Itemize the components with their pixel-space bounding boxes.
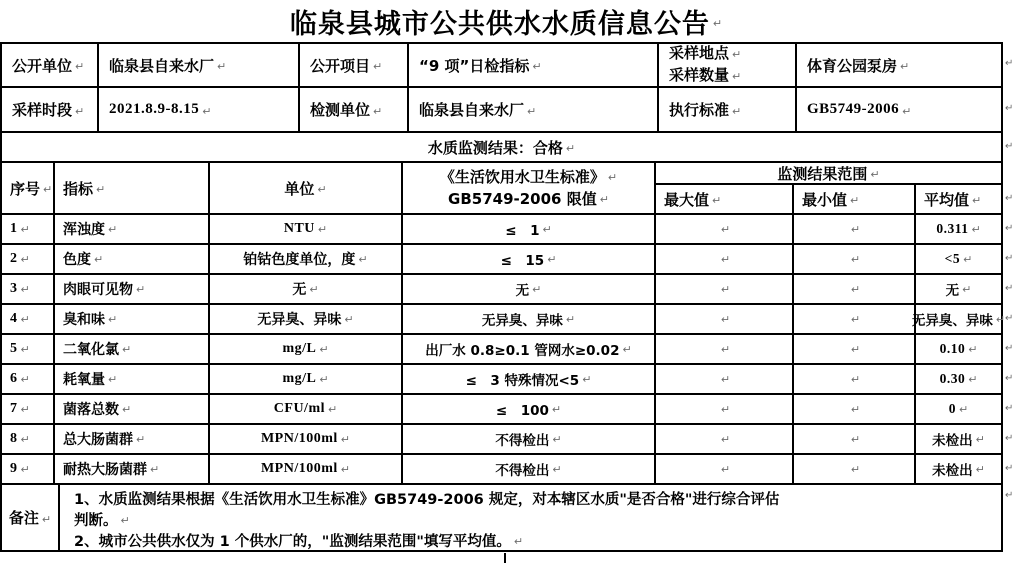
paragraph-mark-icon bbox=[105, 221, 117, 237]
row-end-mark-icon bbox=[1005, 253, 1012, 264]
paragraph-mark-icon bbox=[847, 190, 859, 208]
cell-max[interactable] bbox=[656, 275, 794, 303]
cell-seq[interactable]: 3 bbox=[2, 275, 55, 303]
paragraph-mark-icon bbox=[524, 101, 536, 119]
value-text: GB5749-2006 bbox=[807, 101, 899, 118]
banner-text: 水质监测结果：合格 bbox=[428, 137, 563, 158]
paragraph-mark-icon bbox=[718, 281, 730, 297]
cell-max[interactable] bbox=[656, 335, 794, 363]
row-end-mark-icon bbox=[1005, 58, 1012, 69]
cell-seq[interactable]: 2 bbox=[2, 245, 55, 273]
cell-limit[interactable]: 无异臭、异味 bbox=[403, 305, 656, 333]
paragraph-mark-icon bbox=[848, 371, 860, 387]
paragraph-mark-icon bbox=[563, 138, 575, 156]
row-end-mark-icon bbox=[1005, 223, 1012, 234]
cell-min[interactable] bbox=[794, 275, 916, 303]
header-seq[interactable]: 序号 bbox=[2, 163, 55, 215]
cell-seq[interactable]: 5 bbox=[2, 335, 55, 363]
cell-limit[interactable]: 不得检出 bbox=[403, 455, 656, 483]
cell-indicator[interactable]: 色度 bbox=[55, 245, 210, 273]
paragraph-mark-icon bbox=[18, 311, 30, 327]
value-executive-standard[interactable]: GB5749-2006 bbox=[797, 88, 1001, 131]
header-text: 最小值 bbox=[802, 189, 847, 210]
paragraph-mark-icon bbox=[960, 251, 972, 267]
label-testing-unit[interactable]: 检测单位 bbox=[300, 88, 409, 131]
avg-text: <5 bbox=[945, 251, 960, 267]
indicator-text: 耗氧量 bbox=[63, 369, 105, 389]
cell-indicator[interactable]: 肉眼可见物 bbox=[55, 275, 210, 303]
indicator-text: 色度 bbox=[63, 249, 91, 269]
header-min[interactable]: 最小值 bbox=[794, 185, 916, 215]
label-text: 公开项目 bbox=[310, 55, 370, 76]
cell-limit[interactable]: ≤ 15 bbox=[403, 245, 656, 273]
paragraph-mark-icon bbox=[40, 179, 52, 197]
cell-seq[interactable]: 9 bbox=[2, 455, 55, 483]
paragraph-mark-icon bbox=[338, 431, 350, 447]
paragraph-mark-icon bbox=[718, 221, 730, 237]
paragraph-mark-icon bbox=[511, 531, 523, 552]
unit-text: MPN/100ml bbox=[261, 461, 338, 477]
paragraph-mark-icon bbox=[848, 341, 860, 357]
paragraph-mark-icon bbox=[965, 371, 977, 387]
seq-text: 5 bbox=[10, 341, 18, 357]
label-text: 采样地点 bbox=[669, 44, 729, 62]
header-text: 监测结果范围 bbox=[777, 163, 867, 184]
table-row[interactable]: 2 色度 铂钴色度单位，度 ≤ 15 <5 bbox=[2, 245, 1001, 275]
paragraph-mark-icon bbox=[973, 461, 985, 477]
row-end-mark-icon bbox=[1005, 343, 1012, 354]
header-avg[interactable]: 平均值 bbox=[916, 185, 1001, 215]
row-end-mark-icon bbox=[1005, 403, 1012, 414]
paragraph-mark-icon bbox=[370, 56, 382, 74]
paragraph-mark-icon bbox=[93, 179, 105, 197]
water-quality-table: 公开单位 临泉县自来水厂 公开项目 “9 项”日检指标 采样地点 采样数量 体育… bbox=[0, 42, 1003, 552]
cell-unit[interactable]: MPN/100ml bbox=[210, 425, 403, 453]
table-header: 序号 指标 单位 《生活饮用水卫生标准》 GB5749-2006 限值 监测结果… bbox=[2, 163, 1001, 215]
row-end-mark-icon bbox=[1005, 283, 1012, 294]
cell-max[interactable] bbox=[656, 455, 794, 483]
paragraph-mark-icon bbox=[973, 431, 985, 447]
paragraph-mark-icon bbox=[969, 190, 981, 208]
seq-text: 2 bbox=[10, 251, 18, 267]
indicator-text: 二氧化氯 bbox=[63, 339, 119, 359]
cell-indicator[interactable]: 耐热大肠菌群 bbox=[55, 455, 210, 483]
header-text: 平均值 bbox=[924, 189, 969, 210]
cell-min[interactable] bbox=[794, 455, 916, 483]
cell-min[interactable] bbox=[794, 365, 916, 393]
header-max[interactable]: 最大值 bbox=[656, 185, 794, 215]
cell-unit[interactable]: 无异臭、异味 bbox=[210, 305, 403, 333]
indicator-text: 总大肠菌群 bbox=[63, 429, 133, 449]
row-end-mark-icon bbox=[1005, 103, 1012, 114]
cell-unit[interactable]: 铂钴色度单位，度 bbox=[210, 245, 403, 273]
paragraph-mark-icon bbox=[718, 341, 730, 357]
cell-limit[interactable]: 出厂水 0.8≥0.1 管网水≥0.02 bbox=[403, 335, 656, 363]
row-end-mark-icon bbox=[1005, 490, 1012, 501]
seq-text: 1 bbox=[10, 221, 18, 237]
cell-min[interactable] bbox=[794, 335, 916, 363]
header-text: 指标 bbox=[63, 178, 93, 199]
unit-text: NTU bbox=[284, 221, 315, 237]
cell-indicator[interactable]: 二氧化氯 bbox=[55, 335, 210, 363]
row-end-mark-icon bbox=[1005, 433, 1012, 444]
limit-text: ≤ 100 bbox=[496, 399, 549, 419]
paragraph-mark-icon bbox=[563, 311, 575, 327]
paragraph-mark-icon bbox=[848, 281, 860, 297]
avg-text: 未检出 bbox=[932, 429, 973, 449]
seq-text: 9 bbox=[10, 461, 18, 477]
info-row-1: 公开单位 临泉县自来水厂 公开项目 “9 项”日检指标 采样地点 采样数量 体育… bbox=[2, 44, 1001, 88]
header-text: 单位 bbox=[284, 178, 314, 199]
paragraph-mark-icon bbox=[710, 12, 722, 31]
paragraph-mark-icon bbox=[544, 251, 556, 267]
paragraph-mark-icon bbox=[91, 251, 103, 267]
seq-text: 6 bbox=[10, 371, 18, 387]
paragraph-mark-icon bbox=[306, 281, 318, 297]
paragraph-mark-icon bbox=[579, 371, 591, 387]
label-executive-standard[interactable]: 执行标准 bbox=[659, 88, 797, 131]
cell-unit[interactable]: mg/L bbox=[210, 365, 403, 393]
value-sampling-period[interactable]: 2021.8.9-8.15 bbox=[99, 88, 300, 131]
header-text: 序号 bbox=[10, 178, 40, 199]
cell-limit[interactable]: 不得检出 bbox=[403, 425, 656, 453]
paragraph-mark-icon bbox=[848, 461, 860, 477]
avg-text: 0.30 bbox=[940, 371, 966, 387]
cell-limit[interactable]: 无 bbox=[403, 275, 656, 303]
text-cursor[interactable] bbox=[504, 553, 506, 563]
paragraph-mark-icon bbox=[956, 401, 968, 417]
paragraph-mark-icon bbox=[718, 251, 730, 267]
paragraph-mark-icon bbox=[897, 56, 909, 74]
label-text: 采样数量 bbox=[669, 66, 729, 84]
cell-avg[interactable]: 0.10 bbox=[916, 335, 1001, 363]
cell-indicator[interactable]: 耗氧量 bbox=[55, 365, 210, 393]
seq-text: 7 bbox=[10, 401, 18, 417]
cell-max[interactable] bbox=[656, 215, 794, 243]
paragraph-mark-icon bbox=[39, 509, 51, 527]
indicator-text: 臭和味 bbox=[63, 309, 105, 329]
paragraph-mark-icon bbox=[605, 166, 617, 188]
unit-text: mg/L bbox=[282, 341, 316, 357]
paragraph-mark-icon bbox=[18, 281, 30, 297]
cell-max[interactable] bbox=[656, 365, 794, 393]
paragraph-mark-icon bbox=[72, 56, 84, 74]
cell-min[interactable] bbox=[794, 425, 916, 453]
paragraph-mark-icon bbox=[848, 221, 860, 237]
cell-unit[interactable]: CFU/ml bbox=[210, 395, 403, 423]
cell-max[interactable] bbox=[656, 425, 794, 453]
value-public-project[interactable]: “9 项”日检指标 bbox=[409, 44, 659, 86]
unit-text: CFU/ml bbox=[274, 401, 325, 417]
header-result-range-group[interactable]: 监测结果范围 bbox=[656, 163, 1001, 185]
paragraph-mark-icon bbox=[18, 371, 30, 387]
paragraph-mark-icon bbox=[315, 221, 327, 237]
paragraph-mark-icon bbox=[105, 311, 117, 327]
cell-avg[interactable]: 0 bbox=[916, 395, 1001, 423]
limit-text: 无异臭、异味 bbox=[482, 309, 563, 329]
paragraph-mark-icon bbox=[709, 190, 721, 208]
paragraph-mark-icon bbox=[370, 101, 382, 119]
cell-seq[interactable]: 8 bbox=[2, 425, 55, 453]
value-testing-unit[interactable]: 临泉县自来水厂 bbox=[409, 88, 659, 131]
value-sampling-site[interactable]: 体育公园泵房 bbox=[797, 44, 1001, 86]
info-row-2: 采样时段 2021.8.9-8.15 检测单位 临泉县自来水厂 执行标准 GB5… bbox=[2, 88, 1001, 133]
remark-line: 判断。 bbox=[74, 511, 118, 531]
table-row[interactable]: 4 臭和味 无异臭、异味 无异臭、异味 无异臭、异味 bbox=[2, 305, 1001, 335]
paragraph-mark-icon bbox=[959, 281, 971, 297]
paragraph-mark-icon bbox=[18, 431, 30, 447]
remarks-row: 备注 1、水质监测结果根据《生活饮用水卫生标准》GB5749-2006 规定，对… bbox=[2, 485, 1001, 550]
cell-seq[interactable]: 1 bbox=[2, 215, 55, 243]
paragraph-mark-icon bbox=[316, 341, 328, 357]
remarks-label: 备注 bbox=[9, 507, 39, 528]
paragraph-mark-icon bbox=[729, 44, 741, 62]
cell-min[interactable] bbox=[794, 395, 916, 423]
paragraph-mark-icon bbox=[867, 164, 879, 182]
indicator-text: 浑浊度 bbox=[63, 219, 105, 239]
seq-text: 4 bbox=[10, 311, 18, 327]
limit-text: 不得检出 bbox=[495, 429, 549, 449]
paragraph-mark-icon bbox=[529, 281, 541, 297]
row-end-mark-icon bbox=[1005, 373, 1012, 384]
cell-unit[interactable]: MPN/100ml bbox=[210, 455, 403, 483]
paragraph-mark-icon bbox=[338, 461, 350, 477]
label-public-project[interactable]: 公开项目 bbox=[300, 44, 409, 86]
paragraph-mark-icon bbox=[848, 251, 860, 267]
cell-avg[interactable]: 0.30 bbox=[916, 365, 1001, 393]
cell-max[interactable] bbox=[656, 245, 794, 273]
value-text: 2021.8.9-8.15 bbox=[109, 101, 199, 118]
indicator-text: 肉眼可见物 bbox=[63, 279, 133, 299]
paragraph-mark-icon bbox=[965, 341, 977, 357]
cell-min[interactable] bbox=[794, 245, 916, 273]
limit-text: ≤ 15 bbox=[501, 249, 545, 269]
unit-text: mg/L bbox=[282, 371, 316, 387]
paragraph-mark-icon bbox=[341, 311, 353, 327]
header-text: 《生活饮用水卫生标准》 bbox=[440, 167, 605, 188]
cell-max[interactable] bbox=[656, 305, 794, 333]
paragraph-mark-icon bbox=[729, 66, 741, 84]
value-text: 临泉县自来水厂 bbox=[419, 99, 524, 120]
limit-text: ≤ 3 特殊情况<5 bbox=[466, 369, 580, 389]
paragraph-mark-icon bbox=[718, 431, 730, 447]
header-unit[interactable]: 单位 bbox=[210, 163, 403, 215]
cell-indicator[interactable]: 菌落总数 bbox=[55, 395, 210, 423]
paragraph-mark-icon bbox=[325, 401, 337, 417]
cell-seq[interactable]: 7 bbox=[2, 395, 55, 423]
paragraph-mark-icon bbox=[549, 431, 561, 447]
avg-text: 未检出 bbox=[932, 459, 973, 479]
label-text: 公开单位 bbox=[12, 55, 72, 76]
cell-indicator[interactable]: 浑浊度 bbox=[55, 215, 210, 243]
avg-text: 0.10 bbox=[940, 341, 966, 357]
paragraph-mark-icon bbox=[18, 461, 30, 477]
paragraph-mark-icon bbox=[529, 56, 541, 74]
paragraph-mark-icon bbox=[147, 461, 159, 477]
unit-text: MPN/100ml bbox=[261, 431, 338, 447]
cell-indicator[interactable]: 总大肠菌群 bbox=[55, 425, 210, 453]
avg-text: 无 bbox=[946, 279, 960, 299]
paragraph-mark-icon bbox=[199, 101, 211, 119]
paragraph-mark-icon bbox=[316, 371, 328, 387]
cell-min[interactable] bbox=[794, 215, 916, 243]
cell-unit[interactable]: 无 bbox=[210, 275, 403, 303]
label-text: 执行标准 bbox=[669, 99, 729, 120]
table-row[interactable]: 1 浑浊度 NTU ≤ 1 0.311 bbox=[2, 215, 1001, 245]
avg-text: 无异臭、异味 bbox=[912, 309, 993, 329]
document-page: 临泉县城市公共供水水质信息公告 公开单位 临泉县自来水厂 公开项目 “9 项”日… bbox=[0, 0, 1012, 563]
value-text: 临泉县自来水厂 bbox=[109, 55, 214, 76]
paragraph-mark-icon bbox=[118, 510, 130, 531]
limit-text: 无 bbox=[516, 279, 530, 299]
table-row[interactable]: 3 肉眼可见物 无 无 无 bbox=[2, 275, 1001, 305]
paragraph-mark-icon bbox=[848, 431, 860, 447]
paragraph-mark-icon bbox=[18, 221, 30, 237]
label-text: 采样时段 bbox=[12, 99, 72, 120]
limit-text: 出厂水 0.8≥0.1 管网水≥0.02 bbox=[425, 339, 619, 359]
paragraph-mark-icon bbox=[718, 371, 730, 387]
cell-seq[interactable]: 4 bbox=[2, 305, 55, 333]
unit-text: 铂钴色度单位，度 bbox=[243, 249, 355, 269]
paragraph-mark-icon bbox=[355, 251, 367, 267]
paragraph-mark-icon bbox=[549, 461, 561, 477]
cell-limit[interactable]: ≤ 1 bbox=[403, 215, 656, 243]
table-row[interactable]: 7 菌落总数 CFU/ml ≤ 100 0 bbox=[2, 395, 1001, 425]
title-row: 临泉县城市公共供水水质信息公告 bbox=[0, 0, 1012, 42]
cell-avg[interactable]: 无 bbox=[916, 275, 1001, 303]
cell-avg[interactable]: 未检出 bbox=[916, 455, 1001, 483]
paragraph-mark-icon bbox=[993, 311, 1005, 327]
paragraph-mark-icon bbox=[133, 281, 145, 297]
paragraph-mark-icon bbox=[18, 401, 30, 417]
cell-avg[interactable]: 未检出 bbox=[916, 425, 1001, 453]
limit-text: ≤ 1 bbox=[505, 219, 539, 239]
paragraph-mark-icon bbox=[133, 431, 145, 447]
page-title: 临泉县城市公共供水水质信息公告 bbox=[290, 2, 710, 41]
unit-text: 无 bbox=[292, 279, 306, 299]
paragraph-mark-icon bbox=[729, 101, 741, 119]
label-text: 检测单位 bbox=[310, 99, 370, 120]
paragraph-mark-icon bbox=[18, 341, 30, 357]
indicator-text: 菌落总数 bbox=[63, 399, 119, 419]
value-public-unit[interactable]: 临泉县自来水厂 bbox=[99, 44, 300, 86]
cell-limit[interactable]: ≤ 3 特殊情况<5 bbox=[403, 365, 656, 393]
cell-seq[interactable]: 6 bbox=[2, 365, 55, 393]
paragraph-mark-icon bbox=[848, 311, 860, 327]
cell-limit[interactable]: ≤ 100 bbox=[403, 395, 656, 423]
seq-text: 3 bbox=[10, 281, 18, 297]
table-row[interactable]: 5 二氧化氯 mg/L 出厂水 0.8≥0.1 管网水≥0.02 0.10 bbox=[2, 335, 1001, 365]
paragraph-mark-icon bbox=[18, 251, 30, 267]
paragraph-mark-icon bbox=[119, 401, 131, 417]
paragraph-mark-icon bbox=[848, 401, 860, 417]
paragraph-mark-icon bbox=[214, 56, 226, 74]
paragraph-mark-icon bbox=[619, 341, 631, 357]
avg-text: 0 bbox=[949, 401, 956, 417]
remark-line: 1、水质监测结果根据《生活饮用水卫生标准》GB5749-2006 规定，对本辖区… bbox=[74, 490, 779, 510]
label-sampling-period[interactable]: 采样时段 bbox=[2, 88, 99, 131]
paragraph-mark-icon bbox=[718, 401, 730, 417]
paragraph-mark-icon bbox=[72, 101, 84, 119]
cell-unit[interactable]: NTU bbox=[210, 215, 403, 243]
table-body: 1 浑浊度 NTU ≤ 1 0.311 2 色度 铂钴色度单位，度 bbox=[2, 215, 1001, 485]
header-limit[interactable]: 《生活饮用水卫生标准》 GB5749-2006 限值 bbox=[403, 163, 656, 215]
table-row[interactable]: 6 耗氧量 mg/L ≤ 3 特殊情况<5 0.30 bbox=[2, 365, 1001, 395]
limit-text: 不得检出 bbox=[495, 459, 549, 479]
paragraph-mark-icon bbox=[968, 221, 980, 237]
header-text: 最大值 bbox=[664, 189, 709, 210]
paragraph-mark-icon bbox=[549, 401, 561, 417]
cell-indicator[interactable]: 臭和味 bbox=[55, 305, 210, 333]
paragraph-mark-icon bbox=[718, 461, 730, 477]
label-sampling-site-count[interactable]: 采样地点 采样数量 bbox=[659, 44, 797, 86]
value-text: 体育公园泵房 bbox=[807, 55, 897, 76]
cell-unit[interactable]: mg/L bbox=[210, 335, 403, 363]
remark-line: 2、城市公共供水仅为 1 个供水厂的，"监测结果范围"填写平均值。 bbox=[74, 532, 511, 552]
row-end-mark-icon bbox=[1005, 193, 1012, 204]
remarks-label-cell[interactable]: 备注 bbox=[2, 485, 60, 550]
paragraph-mark-icon bbox=[119, 341, 131, 357]
row-end-mark-icon bbox=[1005, 463, 1012, 474]
paragraph-mark-icon bbox=[540, 221, 552, 237]
paragraph-mark-icon bbox=[105, 371, 117, 387]
value-text: “9 项”日检指标 bbox=[419, 55, 529, 76]
paragraph-mark-icon bbox=[899, 101, 911, 119]
label-public-unit[interactable]: 公开单位 bbox=[2, 44, 99, 86]
monitoring-result-banner[interactable]: 水质监测结果：合格 bbox=[2, 133, 1001, 163]
cell-max[interactable] bbox=[656, 395, 794, 423]
table-row[interactable]: 8 总大肠菌群 MPN/100ml 不得检出 未检出 bbox=[2, 425, 1001, 455]
table-row[interactable]: 9 耐热大肠菌群 MPN/100ml 不得检出 未检出 bbox=[2, 455, 1001, 485]
avg-text: 0.311 bbox=[936, 221, 968, 237]
paragraph-mark-icon bbox=[597, 188, 609, 210]
remarks-content-cell[interactable]: 1、水质监测结果根据《生活饮用水卫生标准》GB5749-2006 规定，对本辖区… bbox=[60, 485, 1001, 550]
seq-text: 8 bbox=[10, 431, 18, 447]
row-end-mark-icon bbox=[1005, 313, 1012, 324]
row-end-mark-icon bbox=[1005, 141, 1012, 152]
cell-avg[interactable]: 0.311 bbox=[916, 215, 1001, 243]
unit-text: 无异臭、异味 bbox=[257, 309, 341, 329]
cell-avg[interactable]: 无异臭、异味 bbox=[916, 305, 1001, 333]
cell-min[interactable] bbox=[794, 305, 916, 333]
cell-avg[interactable]: <5 bbox=[916, 245, 1001, 273]
paragraph-mark-icon bbox=[718, 311, 730, 327]
header-indicator[interactable]: 指标 bbox=[55, 163, 210, 215]
indicator-text: 耐热大肠菌群 bbox=[63, 459, 147, 479]
header-text: GB5749-2006 限值 bbox=[448, 189, 597, 210]
paragraph-mark-icon bbox=[314, 179, 326, 197]
